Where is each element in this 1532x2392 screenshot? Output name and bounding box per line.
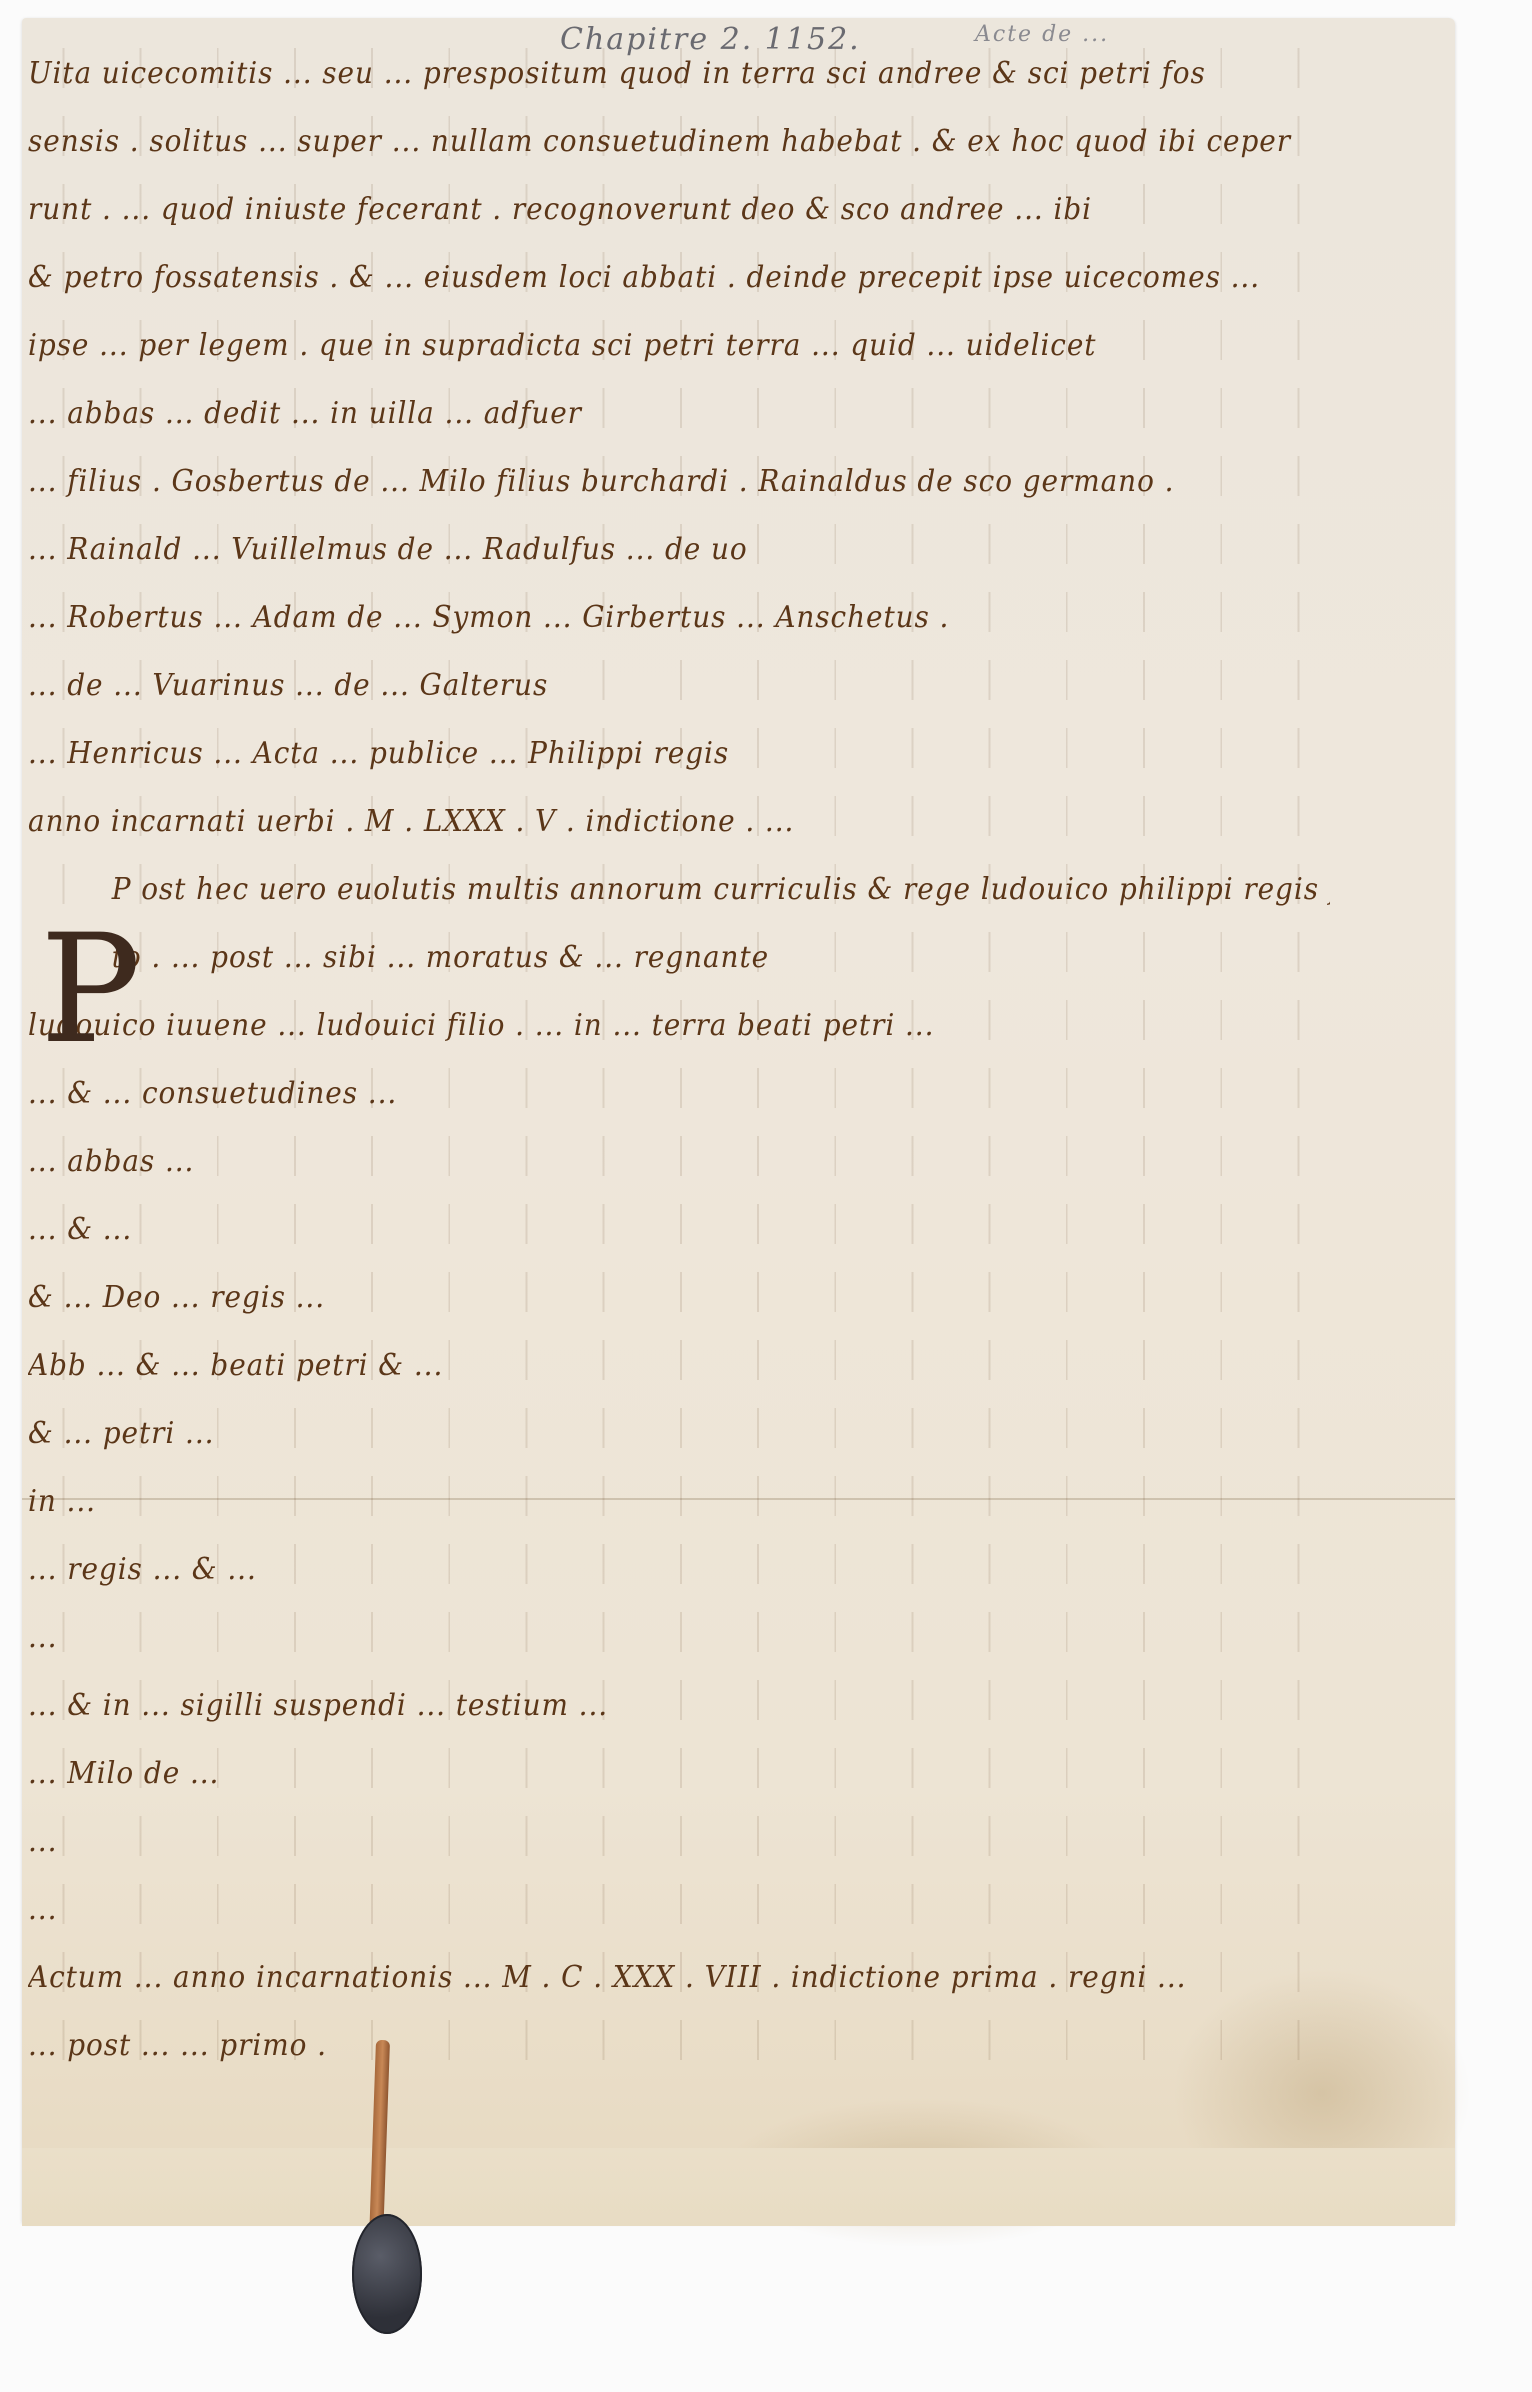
text-line: in ... <box>28 1468 1330 1536</box>
text-line: & ... petri ... <box>28 1400 1330 1468</box>
plica-fold <box>22 2148 1455 2226</box>
text-line: & petro fossatensis . & ... eiusdem loci… <box>28 244 1330 312</box>
text-line: runt . ... quod iniuste fecerant . recog… <box>28 176 1330 244</box>
text-line: ... & ... consuetudines ... <box>28 1060 1330 1128</box>
text-line: ludouico iuuene ... ludouici filio . ...… <box>28 992 1330 1060</box>
wax-seal <box>352 2214 422 2334</box>
text-line: ... filius . Gosbertus de ... Milo filiu… <box>28 448 1330 516</box>
text-line: ... post ... ... primo . <box>28 2012 1330 2080</box>
text-line: ... <box>28 1808 1330 1876</box>
text-line: ... & ... <box>28 1196 1330 1264</box>
text-line: anno incarnati uerbi . M . LXXX . V . in… <box>28 788 1330 856</box>
text-line: ... regis ... & ... <box>28 1536 1330 1604</box>
text-line: ... <box>28 1604 1330 1672</box>
text-line: ... abbas ... dedit ... in uilla ... adf… <box>28 380 1330 448</box>
text-line: ... Milo de ... <box>28 1740 1330 1808</box>
text-line: ipse ... per legem . que in supradicta s… <box>28 312 1330 380</box>
text-line: Uita uicecomitis ... seu ... prespositum… <box>28 40 1330 108</box>
text-line: & ... Deo ... regis ... <box>28 1264 1330 1332</box>
text-line: Actum ... anno incarnationis ... M . C .… <box>28 1944 1330 2012</box>
text-line: ... <box>28 1876 1330 1944</box>
text-line: ... Robertus ... Adam de ... Symon ... G… <box>28 584 1330 652</box>
text-line: Abb ... & ... beati petri & ... <box>28 1332 1330 1400</box>
text-line: ... de ... Vuarinus ... de ... Galterus <box>28 652 1330 720</box>
text-line: ... & in ... sigilli suspendi ... testiu… <box>28 1672 1330 1740</box>
text-line: ... Henricus ... Acta ... publice ... Ph… <box>28 720 1330 788</box>
text-line: sensis . solitus ... super ... nullam co… <box>28 108 1330 176</box>
text-line: to . ... post ... sibi ... moratus & ...… <box>28 924 1330 992</box>
text-line: ... abbas ... <box>28 1128 1330 1196</box>
charter-text: Uita uicecomitis ... seu ... prespositum… <box>28 40 1428 2080</box>
text-line: P ost hec uero euolutis multis annorum c… <box>28 856 1330 924</box>
text-line: ... Rainald ... Vuillelmus de ... Radulf… <box>28 516 1330 584</box>
decorated-initial: P <box>40 915 141 1065</box>
